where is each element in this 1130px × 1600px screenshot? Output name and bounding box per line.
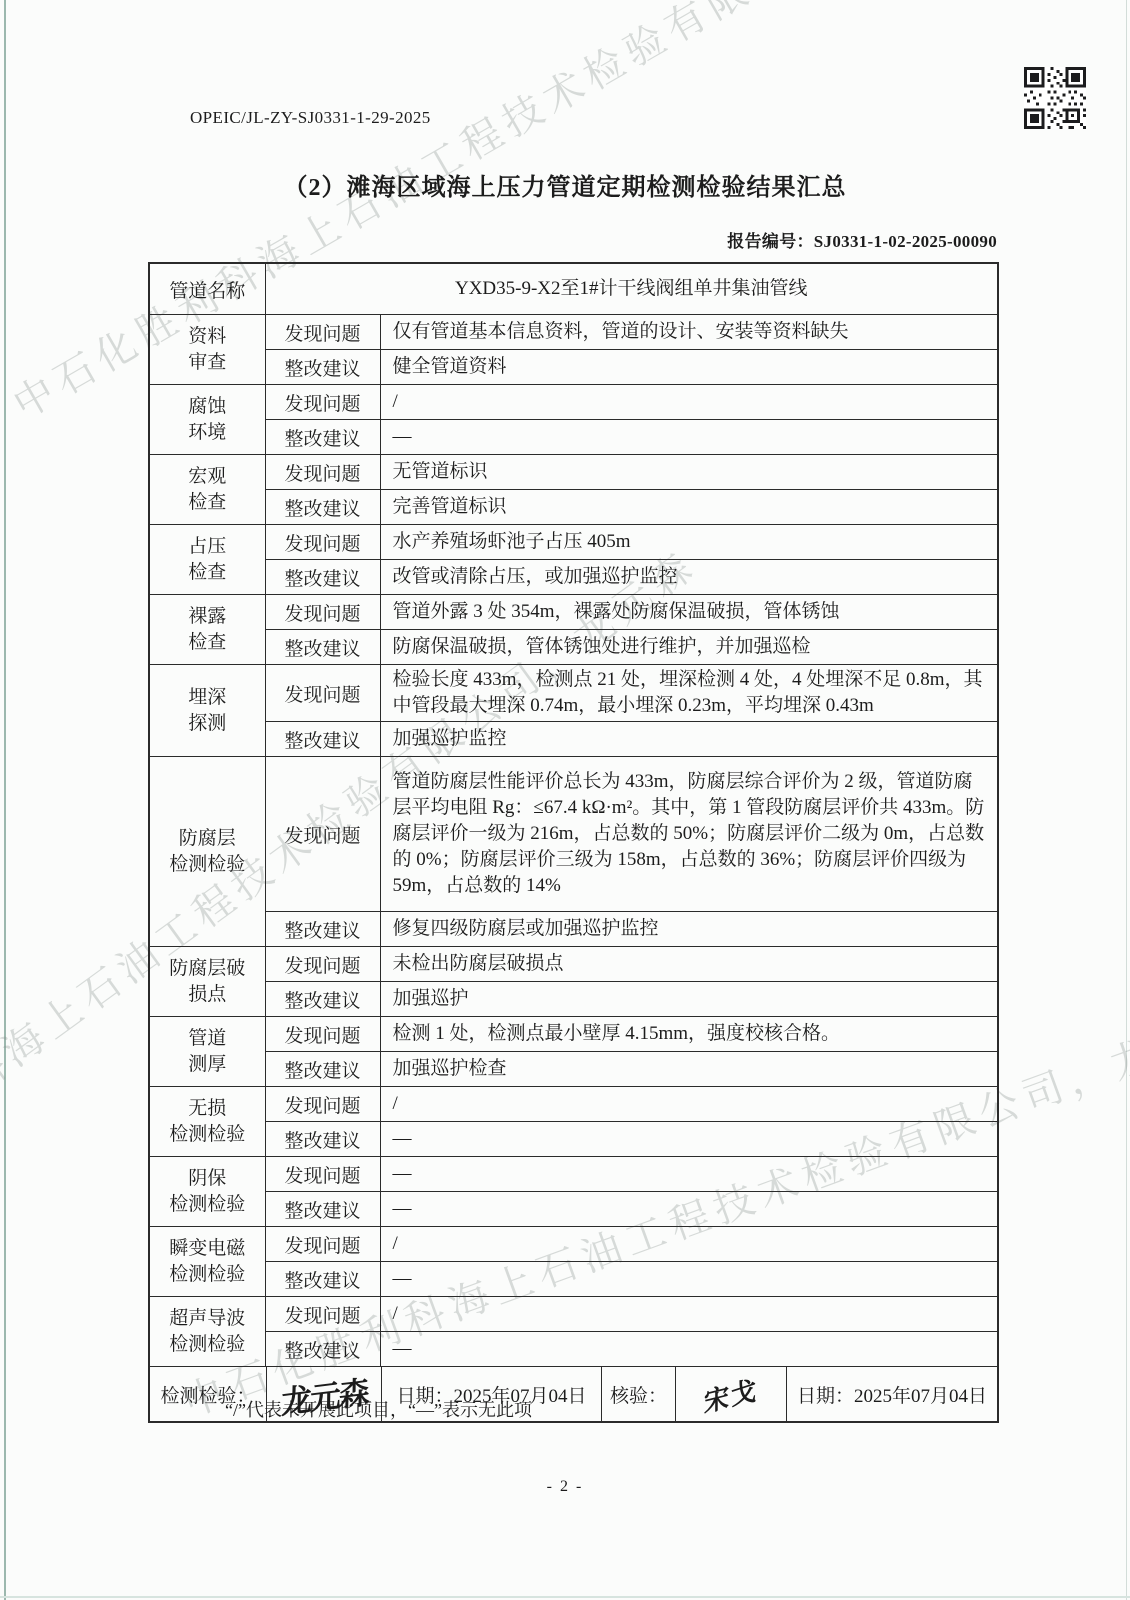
table-row: 整改建议 改管或清除占压，或加强巡护监控 [149,560,998,595]
issue-value: / [380,1087,998,1122]
suggestion-value: 加强巡护监控 [380,722,998,757]
table-row: 整改建议 — [149,1192,998,1227]
issue-label: 发现问题 [265,455,380,490]
suggestion-value: — [380,420,998,455]
report-number-label: 报告编号： [727,232,814,251]
scanned-report-page: 中石化胜利科海上石油工程技术检验有限公司，龙元森 中石化胜利科海上石油工程技术检… [0,0,1130,1600]
suggestion-value: 加强巡护检查 [380,1052,998,1087]
table-row: 防腐层破 损点 发现问题 未检出防腐层破损点 [149,947,998,982]
section-category: 资料 审查 [149,315,265,385]
suggestion-value: 改管或清除占压，或加强巡护监控 [380,560,998,595]
issue-label: 发现问题 [265,1227,380,1262]
page-number: - 2 - [0,1478,1130,1496]
issue-label: 发现问题 [265,1087,380,1122]
table-row: 整改建议 健全管道资料 [149,350,998,385]
suggestion-label: 整改建议 [265,982,380,1017]
issue-label: 发现问题 [265,757,380,912]
issue-value: 未检出防腐层破损点 [380,947,998,982]
table-row: 宏观 检查 发现问题 无管道标识 [149,455,998,490]
table-row: 埋深 探测 发现问题 检验长度 433m，检测点 21 处，埋深检测 4 处，4… [149,665,998,722]
issue-label: 发现问题 [265,525,380,560]
scan-edge-left [4,0,6,1600]
issue-value: 检测 1 处，检测点最小壁厚 4.15mm，强度校核合格。 [380,1017,998,1052]
suggestion-value: — [380,1262,998,1297]
inspection-results-table: 管道名称 YXD35-9-X2至1#计干线阀组单井集油管线 资料 审查 发现问题… [148,262,999,1423]
section-category: 裸露 检查 [149,595,265,665]
suggestion-label: 整改建议 [265,1122,380,1157]
table-row: 超声导波 检测检验 发现问题 / [149,1297,998,1332]
section-category: 占压 检查 [149,525,265,595]
issue-value: / [380,1227,998,1262]
table-row: 裸露 检查 发现问题 管道外露 3 处 354m，裸露处防腐保温破损，管体锈蚀 [149,595,998,630]
table-row: 瞬变电磁 检测检验 发现问题 / [149,1227,998,1262]
section-category: 腐蚀 环境 [149,385,265,455]
issue-label: 发现问题 [265,1017,380,1052]
suggestion-value: 修复四级防腐层或加强巡护监控 [380,912,998,947]
suggestion-label: 整改建议 [265,912,380,947]
suggestion-value: 防腐保温破损，管体锈蚀处进行维护，并加强巡检 [380,630,998,665]
table-row: 整改建议 — [149,1122,998,1157]
suggestion-value: 加强巡护 [380,982,998,1017]
scan-edge-right [1126,0,1127,1600]
table-row: 整改建议 — [149,1332,998,1367]
table-row: 防腐层 检测检验 发现问题 管道防腐层性能评价总长为 433m，防腐层综合评价为… [149,757,998,912]
issue-label: 发现问题 [265,1297,380,1332]
table-row: 整改建议 加强巡护检查 [149,1052,998,1087]
table-row: 占压 检查 发现问题 水产养殖场虾池子占压 405m [149,525,998,560]
section-category: 埋深 探测 [149,665,265,757]
table-row: 整改建议 防腐保温破损，管体锈蚀处进行维护，并加强巡检 [149,630,998,665]
table-row: 腐蚀 环境 发现问题 / [149,385,998,420]
table-row: 整改建议 完善管道标识 [149,490,998,525]
issue-label: 发现问题 [265,665,380,722]
suggestion-value: 健全管道资料 [380,350,998,385]
section-category: 管道 测厚 [149,1017,265,1087]
issue-value: — [380,1157,998,1192]
suggestion-value: — [380,1122,998,1157]
qr-code-image [1024,67,1086,129]
table-row: 整改建议 加强巡护 [149,982,998,1017]
issue-value: 管道防腐层性能评价总长为 433m，防腐层综合评价为 2 级，管道防腐层平均电阻… [380,757,998,912]
verify-label: 核验： [601,1367,675,1421]
suggestion-label: 整改建议 [265,722,380,757]
section-category: 防腐层破 损点 [149,947,265,1017]
section-category: 防腐层 检测检验 [149,757,265,947]
issue-value: 管道外露 3 处 354m，裸露处防腐保温破损，管体锈蚀 [380,595,998,630]
suggestion-label: 整改建议 [265,420,380,455]
report-number-value: SJ0331-1-02-2025-00090 [814,232,997,251]
suggestion-label: 整改建议 [265,1052,380,1087]
table-footnote: “/”代表未开展此项目，“—”表示无此项 [225,1396,532,1422]
verify-date: 日期：2025年07月04日 [786,1367,997,1421]
section-category: 阴保 检测检验 [149,1157,265,1227]
pipeline-name-value: YXD35-9-X2至1#计干线阀组单井集油管线 [265,263,998,315]
issue-label: 发现问题 [265,1157,380,1192]
suggestion-label: 整改建议 [265,1332,380,1367]
table-row: 整改建议 — [149,1262,998,1297]
issue-value: / [380,1297,998,1332]
suggestion-value: — [380,1332,998,1367]
suggestion-label: 整改建议 [265,490,380,525]
table-row: 资料 审查 发现问题 仅有管道基本信息资料，管道的设计、安装等资料缺失 [149,315,998,350]
table-row: 整改建议 加强巡护监控 [149,722,998,757]
suggestion-label: 整改建议 [265,630,380,665]
issue-value: 无管道标识 [380,455,998,490]
issue-label: 发现问题 [265,315,380,350]
page-title: （2）滩海区域海上压力管道定期检测检验结果汇总 [0,167,1130,202]
issue-label: 发现问题 [265,595,380,630]
report-number: 报告编号：SJ0331-1-02-2025-00090 [727,227,997,252]
suggestion-label: 整改建议 [265,1192,380,1227]
section-category: 瞬变电磁 检测检验 [149,1227,265,1297]
scan-edge-bottom [0,1596,1130,1598]
table-row: 管道名称 YXD35-9-X2至1#计干线阀组单井集油管线 [149,263,998,315]
table-row: 阴保 检测检验 发现问题 — [149,1157,998,1192]
issue-value: 水产养殖场虾池子占压 405m [380,525,998,560]
section-category: 无损 检测检验 [149,1087,265,1157]
table-row: 整改建议 修复四级防腐层或加强巡护监控 [149,912,998,947]
suggestion-label: 整改建议 [265,350,380,385]
suggestion-label: 整改建议 [265,560,380,595]
suggestion-value: — [380,1192,998,1227]
issue-label: 发现问题 [265,385,380,420]
section-category: 宏观 检查 [149,455,265,525]
suggestion-value: 完善管道标识 [380,490,998,525]
table-row: 无损 检测检验 发现问题 / [149,1087,998,1122]
table-row: 整改建议 — [149,420,998,455]
issue-label: 发现问题 [265,947,380,982]
document-code: OPEIC/JL-ZY-SJ0331-1-29-2025 [190,108,431,128]
issue-value: 仅有管道基本信息资料，管道的设计、安装等资料缺失 [380,315,998,350]
issue-value: 检验长度 433m，检测点 21 处，埋深检测 4 处，4 处埋深不足 0.8m… [380,665,998,722]
issue-value: / [380,385,998,420]
table-row: 管道 测厚 发现问题 检测 1 处，检测点最小壁厚 4.15mm，强度校核合格。 [149,1017,998,1052]
pipeline-name-label: 管道名称 [149,263,265,315]
suggestion-label: 整改建议 [265,1262,380,1297]
verifier-signature: 宋戈 [675,1367,786,1421]
section-category: 超声导波 检测检验 [149,1297,265,1367]
